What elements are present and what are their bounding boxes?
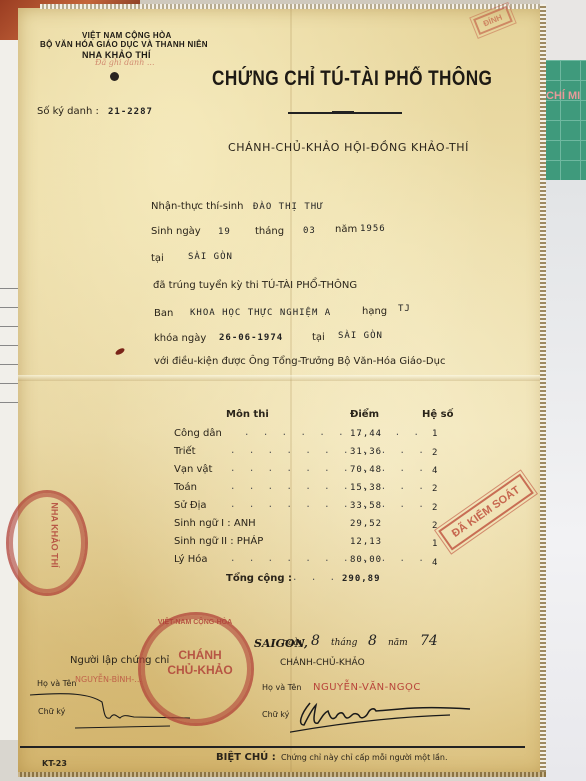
dot-leader: . . . . . . . . . . [244, 428, 423, 438]
laminate-stitch-bottom [18, 772, 546, 777]
score: 29,52 [350, 519, 382, 529]
dob-label: Sinh ngày [151, 226, 201, 237]
score: 80,00 [350, 555, 382, 565]
session-label: khóa ngày [154, 333, 206, 344]
header-coef: Hệ số [422, 409, 453, 420]
score: 15,38 [350, 483, 382, 493]
dob-month-label: tháng [255, 226, 284, 237]
day-value: 8 [311, 633, 320, 649]
month-value: 8 [368, 633, 377, 649]
background-right-top [540, 0, 586, 60]
header-republic: VIỆT NAM CỘNG HÒA [82, 31, 172, 40]
dot-leader: . . . . . . . . . . . [230, 482, 428, 492]
horizontal-fold [18, 375, 546, 381]
background-green-sign [540, 60, 586, 180]
stamp-left-text: NHA KHẢO THÍ [50, 502, 60, 567]
session-date: 26-06-1974 [219, 333, 283, 343]
ban-label: Ban [154, 308, 173, 319]
score: 70,48 [350, 465, 382, 475]
header-ministry: BỘ VĂN HÓA GIÁO DỤC VÀ THANH NIÊN [40, 40, 208, 49]
condition-text: với điều-kiện được Ông Tổng-Trưởng Bộ Vă… [154, 356, 445, 367]
coef: 2 [432, 503, 438, 513]
laminate-stitch-top [40, 4, 540, 9]
subject: Triết [174, 446, 196, 457]
laminate-stitch-right [540, 4, 546, 776]
issuer-signature [290, 695, 490, 735]
score: 17,44 [350, 429, 382, 439]
coef: 1 [432, 429, 438, 439]
dob-month: 03 [303, 226, 316, 236]
registration-label: Số ký danh : [37, 106, 99, 117]
dot-leader: . . . . . . . . . . . [230, 464, 428, 474]
issuer-name: NGUYỄN-VĂN-NGỌC [313, 682, 421, 693]
candidate-label: Nhận-thực thí-sinh [151, 201, 243, 212]
coef: 4 [432, 558, 438, 568]
preparer-name-label: Họ và Tên [37, 679, 76, 688]
title-underline-center [332, 111, 354, 114]
subject: Sử Địa [174, 500, 207, 511]
note-label: BIỆT CHÚ : [216, 752, 276, 763]
header-score: Điểm [350, 409, 379, 420]
stamp-ring-text: VIỆT-NAM CỘNG-HÒA [150, 619, 240, 626]
coef: 4 [432, 466, 438, 476]
issuer-sign-label: Chữ ký [262, 710, 289, 719]
issuer-name-label: Họ và Tên [262, 683, 301, 692]
certificate-title: CHỨNG CHỈ TÚ-TÀI PHỔ THÔNG [212, 67, 492, 91]
subject: Vạn vật [174, 464, 212, 475]
pob-value: SÀI GÒN [188, 252, 233, 262]
passed-text: đã trúng tuyển kỳ thi TÚ-TÀI PHỔ-THÔNG [153, 280, 357, 291]
candidate-name: ĐÀO THỊ THƯ [253, 202, 324, 212]
rank-label: hạng [362, 306, 387, 317]
total-score: 290,89 [342, 574, 381, 584]
ban-value: KHOA HỌC THỰC NGHIỆM A [190, 308, 331, 318]
score: 33,58 [350, 501, 382, 511]
subject: Toán [174, 482, 197, 493]
year-value: 74 [420, 633, 438, 649]
session-place-label: tại [312, 332, 325, 343]
coef: 2 [432, 521, 438, 531]
rank-value: TJ [398, 304, 411, 314]
stamp-center-text: CHÁNH CHỦ-KHẢO [165, 648, 235, 678]
registration-number: 21-2287 [108, 107, 153, 117]
issuer-title: CHÁNH-CHỦ-KHẢO [280, 658, 365, 668]
dot-leader: . . . . . . . . . . . [230, 500, 428, 510]
score: 31,36 [350, 447, 382, 457]
stamp-left-round [6, 490, 88, 596]
dot-leader: . . . [292, 573, 339, 583]
dot-leader: . . . . . . . . . . . [230, 554, 428, 564]
red-note-stamp: Đã ghi danh ... [95, 58, 155, 67]
total-label: Tổng cộng : [226, 573, 292, 584]
coef: 1 [432, 539, 438, 549]
background-plastic-sleeve [540, 180, 586, 781]
note-text: Chứng chỉ này chỉ cấp mỗi người một lần. [281, 753, 448, 762]
day-label: ngày [282, 638, 304, 648]
dob-year-label: năm [335, 224, 357, 235]
subject: Lý Hóa [174, 554, 208, 565]
dot-leader: . . . . . . . . . . . [230, 446, 428, 456]
background-green-sign-text: CHÍ MI [546, 90, 580, 102]
header-subject: Môn thi [226, 409, 269, 420]
session-place: SÀI GÒN [338, 331, 383, 341]
preparer-name: NGUYỄN-BÌNH-... [75, 675, 142, 684]
coef: 2 [432, 484, 438, 494]
coef: 2 [432, 448, 438, 458]
form-code: KT-23 [42, 759, 67, 768]
pob-label: tại [151, 253, 164, 264]
punch-hole [110, 72, 119, 81]
subject: Công dân [174, 428, 222, 439]
score: 12,13 [350, 537, 382, 547]
issuer-heading: CHÁNH-CHỦ-KHẢO HỘI-ĐỒNG KHẢO-THÍ [228, 141, 469, 154]
month-label: tháng [331, 638, 357, 648]
subject: Sinh ngữ I : ANH [174, 518, 256, 529]
subject: Sinh ngữ II : PHÁP [174, 536, 263, 547]
dob-day: 19 [218, 227, 231, 237]
footer-rule [20, 746, 525, 748]
year-label: năm [388, 638, 408, 648]
dob-year: 1956 [360, 224, 386, 234]
